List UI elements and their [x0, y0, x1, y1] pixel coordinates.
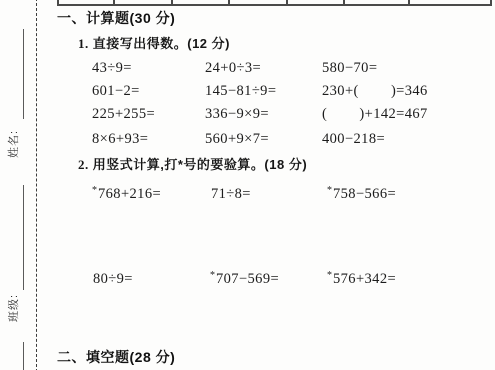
score-table-fragment: [57, 0, 492, 6]
score-table-divider: [171, 0, 173, 4]
problem-cell: 400−218=: [322, 131, 385, 148]
score-table-divider: [57, 0, 59, 4]
problem-expression: 707−569=: [216, 271, 279, 287]
problem-cell: 71÷8=: [210, 185, 251, 203]
problem-expression: 758−566=: [333, 186, 396, 202]
score-table-divider: [343, 0, 345, 4]
problem-cell: 145−81÷9=: [205, 83, 276, 100]
score-table-divider: [228, 0, 230, 4]
extra-write-line: [23, 342, 24, 370]
check-mark-asterisk: *: [327, 185, 332, 196]
subsection-1-number: 1.: [78, 36, 89, 51]
problem-cell: 225+255=: [92, 106, 155, 123]
subsection-1-title: 1.直接写出得数。(12 分): [78, 33, 230, 52]
score-table-divider: [286, 0, 288, 4]
problem-cell: 80÷9=: [92, 270, 133, 288]
worksheet-page: 姓名: 班级: 一、计算题(30 分) 1.直接写出得数。(12 分) 43÷9…: [0, 0, 495, 370]
problem-cell: 8×6+93=: [92, 131, 148, 148]
score-table-divider: [408, 0, 410, 4]
name-write-line: [23, 29, 24, 119]
section-1-heading: 一、计算题(30 分): [57, 8, 175, 28]
check-mark-asterisk: *: [92, 185, 97, 196]
problem-cell: 580−70=: [322, 60, 377, 77]
problem-cell: 43÷9=: [92, 60, 132, 77]
problem-cell: ( )+142=467: [322, 106, 428, 123]
problem-expression: 71÷8=: [211, 186, 251, 202]
subsection-2-title: 2.用竖式计算,打*号的要验算。(18 分): [78, 154, 307, 173]
problem-cell: *758−566=: [327, 185, 396, 203]
problem-cell: 230+( )=346: [322, 83, 428, 100]
subsection-1-text: 直接写出得数。(12 分): [93, 36, 230, 51]
problem-cell: *576+342=: [327, 270, 396, 288]
problem-cell: *707−569=: [210, 270, 279, 288]
subsection-2-number: 2.: [78, 157, 89, 172]
problem-expression: 80÷9=: [93, 271, 133, 287]
problem-cell: 560+9×7=: [205, 131, 269, 148]
problem-expression: 576+342=: [333, 271, 396, 287]
student-name-label: 姓名:: [7, 126, 21, 162]
class-write-line: [23, 185, 24, 290]
binding-dashed-line: [36, 0, 37, 370]
problem-cell: 601−2=: [92, 83, 140, 100]
problem-cell: 336−9×9=: [205, 106, 269, 123]
student-class-label: 班级:: [7, 290, 21, 326]
problem-expression: 768+216=: [98, 186, 161, 202]
score-table-divider: [490, 0, 492, 4]
problem-cell: 24+0÷3=: [205, 60, 261, 77]
problem-cell: *768+216=: [92, 185, 161, 203]
section-2-heading: 二、填空题(28 分): [57, 347, 175, 367]
score-table-divider: [113, 0, 115, 4]
check-mark-asterisk: *: [210, 270, 215, 281]
subsection-2-text: 用竖式计算,打*号的要验算。(18 分): [93, 157, 307, 172]
check-mark-asterisk: *: [327, 270, 332, 281]
